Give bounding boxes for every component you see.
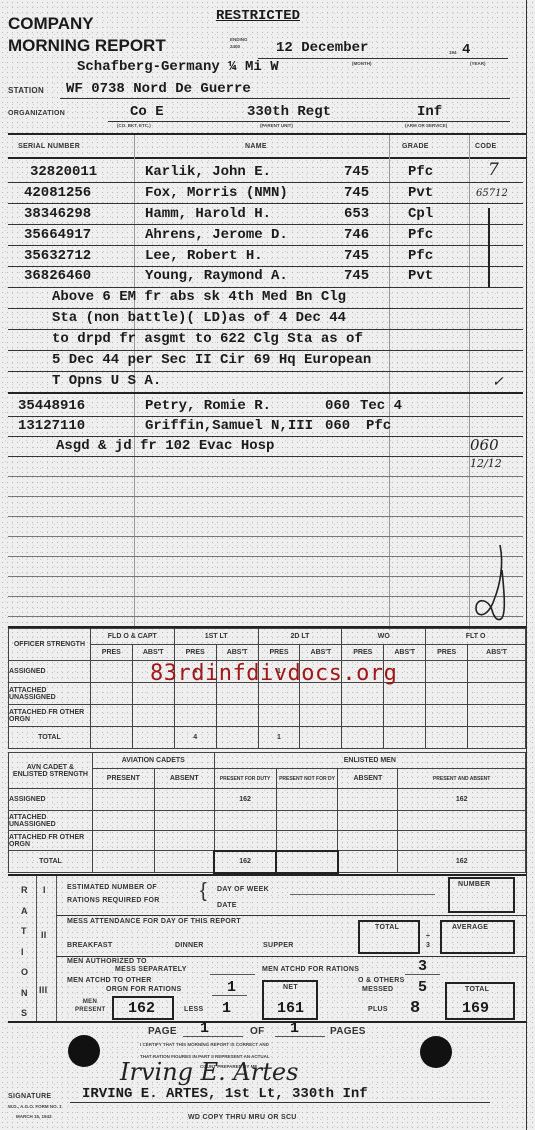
sub-abst: ABS'T <box>300 645 342 661</box>
brace-icon: { <box>200 880 207 903</box>
soldier-name: Young, Raymond A. <box>145 268 288 284</box>
total-present-and-absent: 162 <box>398 851 526 873</box>
officer-strength-table: OFFICER STRENGTH FLD O & CAPT 1ST LT 2D … <box>8 628 526 749</box>
form-id: W.D., A.G.O. FORM NO. 1 <box>8 1104 62 1109</box>
year-caption: (YEAR) <box>470 61 486 66</box>
row-assigned: ASSIGNED <box>9 661 91 683</box>
certify-line1: I CERTIFY THAT THIS MORNING REPORT IS CO… <box>140 1042 269 1047</box>
grade: Pfc <box>408 227 433 243</box>
less-label: LESS <box>184 1006 203 1013</box>
net-value: 161 <box>277 1000 304 1017</box>
others-messed-label: O & OTHERS <box>358 977 405 984</box>
form-title-line1: COMPANY <box>8 14 94 34</box>
est-rations-label2: RATIONS REQUIRED FOR <box>67 897 160 904</box>
col-present: PRESENT <box>92 769 154 789</box>
aviation-cadets-header: AVIATION CADETS <box>92 753 214 769</box>
sub-pres: PRES <box>90 645 132 661</box>
month-caption: (MONTH) <box>352 61 372 66</box>
sub-abst: ABS'T <box>132 645 174 661</box>
serial-number: 42081256 <box>24 185 91 201</box>
margin-note: 12/12 <box>470 457 502 470</box>
punch-hole-right <box>420 1036 452 1068</box>
org-parent-caption: (PARENT UNIT) <box>260 123 293 128</box>
signature-label: SIGNATURE <box>8 1093 51 1100</box>
mess-attendance-label: MESS ATTENDANCE FOR DAY OF THIS REPORT <box>67 918 241 925</box>
remark-line: Sta (non battle)( LD)as of 4 Dec 44 <box>52 310 346 326</box>
morning-report-form: COMPANY MORNING REPORT RESTRICTED ENDING… <box>0 0 535 1130</box>
plus-value: 8 <box>410 999 420 1018</box>
group-flt-o: FLT O <box>426 629 526 645</box>
auth-mess-sep-label2: MESS SEPARATELY <box>115 966 187 973</box>
col-present-not-for-duty: PRESENT NOT FOR DY <box>276 769 338 789</box>
officer-strength-title: OFFICER STRENGTH <box>9 629 91 661</box>
serial-number: 35632712 <box>24 248 91 264</box>
date-label: DATE <box>217 902 237 909</box>
enlisted-strength-table: AVN CADET & ENLISTED STRENGTH AVIATION C… <box>8 752 526 874</box>
soldier-name: Lee, Robert H. <box>145 248 263 264</box>
net-label: NET <box>283 984 298 991</box>
grade: Pfc <box>408 248 433 264</box>
supper-label: SUPPER <box>263 942 294 949</box>
row-attached-unassigned: ATTACHED UNASSIGNED <box>9 683 91 705</box>
row-total: TOTAL <box>9 851 93 873</box>
rations-total-value: 169 <box>462 1000 489 1017</box>
rations-total-label: TOTAL <box>465 986 489 993</box>
men-present-label: MEN PRESENT <box>75 998 105 1014</box>
classification-stamp: RESTRICTED <box>216 8 300 24</box>
mos: 060 <box>325 418 350 434</box>
grade: Pfc <box>366 418 391 434</box>
signer-name: IRVING E. ARTES, 1st Lt, 330th Inf <box>82 1086 368 1102</box>
mos: 745 <box>344 164 369 180</box>
watermark: 83rdinfdivdocs.org <box>150 661 397 686</box>
form-date: MARCH 15, 1943 <box>16 1114 52 1119</box>
row-assigned: ASSIGNED <box>9 789 93 811</box>
serial-number: 38346298 <box>24 206 91 222</box>
serial-number: 36826460 <box>24 268 91 284</box>
page-label: PAGE <box>148 1026 177 1037</box>
day-of-week-label: DAY OF WEEK <box>217 886 269 893</box>
divide-by-3: ÷ 3 <box>426 932 436 950</box>
soldier-name: Ahrens, Jerome D. <box>145 227 288 243</box>
total-present-for-duty: 162 <box>214 851 276 873</box>
less-value: 1 <box>222 1000 231 1017</box>
group-2d-lt: 2D LT <box>258 629 342 645</box>
org-arm: Inf <box>417 104 442 120</box>
handwritten-mark-icon <box>470 540 510 625</box>
remark-line: T Opns U S A. <box>52 373 161 389</box>
code: 65712 <box>476 188 508 199</box>
grade: Pfc <box>408 164 433 180</box>
total-label: TOTAL <box>375 924 399 931</box>
enlisted-strength-title: AVN CADET & ENLISTED STRENGTH <box>9 753 93 789</box>
code: 7 <box>488 160 499 180</box>
col-present-for-duty: PRESENT FOR DUTY <box>214 769 276 789</box>
row-attached-other-orgn: ATTACHED FR OTHER ORGN <box>9 705 91 727</box>
group-fld-o-capt: FLD O & CAPT <box>90 629 174 645</box>
org-company-caption: (CO. BKT. ETC.) <box>117 123 151 128</box>
margin-note: 060 <box>470 436 499 454</box>
rations-side-label: RATIONS <box>21 880 31 1024</box>
soldier-name: Karlik, John E. <box>145 164 271 180</box>
number-label: NUMBER <box>458 881 491 888</box>
average-label: AVERAGE <box>452 924 488 931</box>
ending-label: ENDING <box>230 37 248 42</box>
col-code: CODE <box>475 143 496 150</box>
sub-pres: PRES <box>426 645 468 661</box>
row-attached-other-orgn: ATTACHED FR OTHER ORGN <box>9 831 93 851</box>
est-rations-label: ESTIMATED NUMBER OF <box>67 884 157 891</box>
mos: 745 <box>344 185 369 201</box>
plus-label: PLUS <box>368 1006 388 1013</box>
auth-mess-sep-label: MEN AUTHORIZED TO <box>67 958 147 965</box>
form-title-line2: MORNING REPORT <box>8 36 166 56</box>
signature-script: Irving E. Artes <box>120 1058 298 1086</box>
report-date: 12 December <box>276 40 368 56</box>
year-digit: 4 <box>462 42 470 58</box>
pages-label: PAGES <box>330 1026 366 1037</box>
breakfast-label: BREAKFAST <box>67 942 112 949</box>
sub-pres: PRES <box>174 645 216 661</box>
remark-line: Asgd & jd fr 102 Evac Hosp <box>56 438 274 454</box>
serial-number: 35448916 <box>18 398 85 414</box>
section-iii: III <box>39 985 47 995</box>
checkmark-icon: ✓ <box>492 374 504 390</box>
atchd-for-rations-label: MEN ATCHD FOR RATIONS <box>262 966 359 973</box>
col-serial-number: SERIAL NUMBER <box>18 143 80 150</box>
mos: 060 <box>325 398 350 414</box>
row-total: TOTAL <box>9 727 91 749</box>
soldier-name: Fox, Morris (NMN) <box>145 185 288 201</box>
soldier-name: Petry, Romie R. <box>145 398 271 414</box>
grade: Pvt <box>408 268 433 284</box>
atchd-other-label: MEN ATCHD TO OTHER <box>67 977 152 984</box>
grade: Tec 4 <box>360 398 402 414</box>
atchd-for-rations-value: 3 <box>418 958 427 975</box>
location-line: Schafberg-Germany ¼ Mi W <box>77 59 279 75</box>
section-i: I <box>43 885 46 895</box>
remark-line: Above 6 EM fr abs sk 4th Med Bn Clg <box>52 289 346 305</box>
total-2d-lt-pres: 1 <box>258 727 300 749</box>
org-company: Co E <box>130 104 164 120</box>
group-1st-lt: 1ST LT <box>174 629 258 645</box>
remark-line: to drpd fr asgmt to 622 Clg Sta as of <box>52 331 363 347</box>
org-parent-unit: 330th Regt <box>247 104 331 120</box>
sub-abst: ABS'T <box>468 645 526 661</box>
assigned-present-for-duty: 162 <box>214 789 276 811</box>
page-total: 1 <box>290 1020 299 1037</box>
sub-pres: PRES <box>258 645 300 661</box>
men-present-value: 162 <box>128 1000 155 1017</box>
col-absent: ABSENT <box>154 769 214 789</box>
atchd-other-value: 1 <box>227 979 236 996</box>
serial-number: 13127110 <box>18 418 85 434</box>
mos: 745 <box>344 268 369 284</box>
ending-time: 2400 <box>230 44 240 49</box>
section-ii: II <box>41 930 47 940</box>
mos: 745 <box>344 248 369 264</box>
of-label: OF <box>250 1026 265 1037</box>
grade: Pvt <box>408 185 433 201</box>
remark-line: 5 Dec 44 per Sec II Cir 69 Hq European <box>52 352 371 368</box>
others-messed-label2: MESSED <box>362 986 393 993</box>
soldier-name: Hamm, Harold H. <box>145 206 271 222</box>
dinner-label: DINNER <box>175 942 204 949</box>
org-arm-caption: (ARM OR SERVICE) <box>405 123 447 128</box>
col-em-absent: ABSENT <box>338 769 398 789</box>
organization-label: ORGANIZATION <box>8 110 65 117</box>
assigned-present-and-absent: 162 <box>398 789 526 811</box>
row-attached-unassigned: ATTACHED UNASSIGNED <box>9 811 93 831</box>
others-messed-value: 5 <box>418 979 427 996</box>
group-wo: WO <box>342 629 426 645</box>
col-name: NAME <box>245 143 267 150</box>
page-number: 1 <box>200 1020 209 1037</box>
serial-number: 35664917 <box>24 227 91 243</box>
punch-hole-left <box>68 1035 100 1067</box>
sub-pres: PRES <box>342 645 384 661</box>
station-label: STATION <box>8 86 44 95</box>
mos: 746 <box>344 227 369 243</box>
mos: 653 <box>344 206 369 222</box>
sub-abst: ABS'T <box>216 645 258 661</box>
sub-abst: ABS'T <box>384 645 426 661</box>
atchd-other-label2: ORGN FOR RATIONS <box>106 986 181 993</box>
serial-number: 32820011 <box>30 164 97 180</box>
routing-note: WD COPY THRU MRU OR SCU <box>188 1114 297 1121</box>
soldier-name: Griffin,Samuel N,III <box>145 418 313 434</box>
grade: Cpl <box>408 206 433 222</box>
col-grade: GRADE <box>402 143 429 150</box>
station-value: WF 0738 Nord De Guerre <box>66 81 251 97</box>
year-prefix: 194 <box>449 50 457 55</box>
enlisted-men-header: ENLISTED MEN <box>214 753 525 769</box>
col-present-and-absent: PRESENT AND ABSENT <box>398 769 526 789</box>
total-1st-lt-pres: 4 <box>174 727 216 749</box>
